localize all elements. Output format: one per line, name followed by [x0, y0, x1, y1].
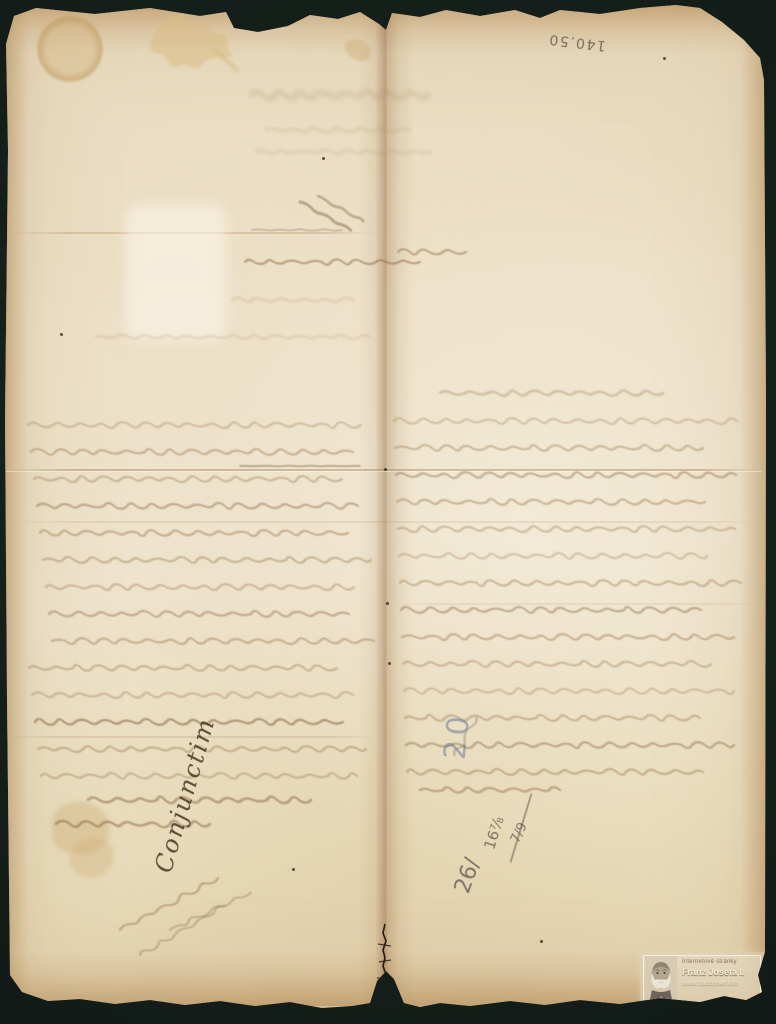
fold-split-crack [362, 922, 410, 1010]
paper-speck [386, 602, 389, 605]
watermark-name-line: Franz Josefa I. [682, 967, 760, 977]
collection-watermark: Internetové stránky Franz Josefa I. www.… [640, 952, 764, 1008]
watermark-collection-line: Internetové stránky [682, 959, 760, 966]
paper-speck [384, 468, 387, 471]
paper-speck [540, 940, 543, 943]
paper-speck [388, 662, 391, 665]
watermark-text: Internetové stránky Franz Josefa I. www.… [682, 959, 760, 988]
watermark-url-line: www.franzjosef.info [682, 980, 760, 987]
paper-speck [60, 333, 63, 336]
paper-speck [322, 157, 325, 160]
franz-josef-portrait-icon [645, 956, 677, 1004]
annotation-blue-number: 20 [438, 710, 478, 762]
scanner-background: 140.50 Conjunctim 26/ 16⅞ 7/9 20 [0, 0, 776, 1024]
paper-speck [663, 57, 666, 60]
paper-speck [292, 868, 295, 871]
document-paper: 140.50 Conjunctim 26/ 16⅞ 7/9 20 [0, 0, 776, 1024]
bleedthrough-handwriting-layer [0, 0, 776, 1024]
